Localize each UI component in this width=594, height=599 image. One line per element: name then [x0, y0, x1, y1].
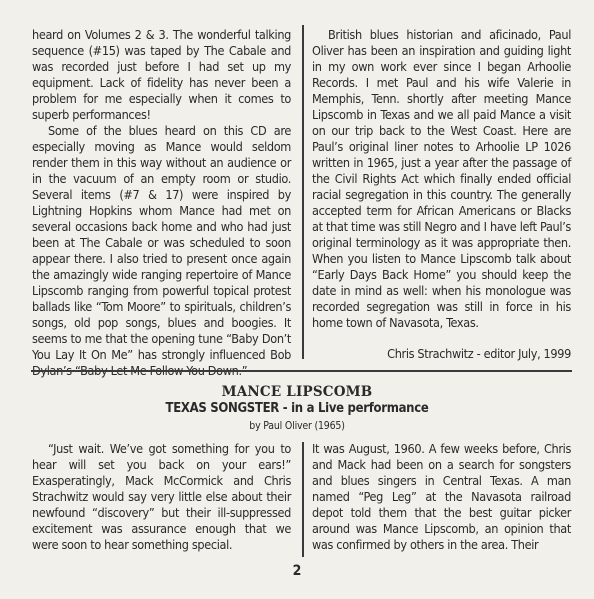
paragraph: heard on Volumes 2 & 3. The wonderful ta…: [32, 27, 291, 123]
column-divider: [302, 25, 304, 359]
paragraph: Some of the blues heard on this CD are e…: [32, 123, 291, 379]
section-divider: [31, 370, 572, 372]
article-byline: by Paul Oliver (1965): [0, 420, 594, 432]
page-number: 2: [0, 563, 594, 579]
paragraph: British blues historian and aficinado, P…: [312, 27, 571, 331]
paragraph: It was August, 1960. A few weeks before,…: [312, 441, 571, 553]
top-left-column: heard on Volumes 2 & 3. The wonderful ta…: [32, 27, 291, 379]
article-title: MANCE LIPSCOMB: [0, 384, 594, 400]
article-subtitle: TEXAS SONGSTER - in a Live performance: [0, 401, 594, 416]
top-right-column: British blues historian and aficinado, P…: [312, 27, 571, 362]
editor-signature: Chris Strachwitz - editor July, 1999: [312, 346, 571, 362]
column-divider: [302, 442, 304, 557]
paragraph: “Just wait. We’ve got something for you …: [32, 441, 291, 553]
bottom-right-column: It was August, 1960. A few weeks before,…: [312, 441, 571, 553]
booklet-page: heard on Volumes 2 & 3. The wonderful ta…: [0, 0, 594, 599]
bottom-left-column: “Just wait. We’ve got something for you …: [32, 441, 291, 553]
